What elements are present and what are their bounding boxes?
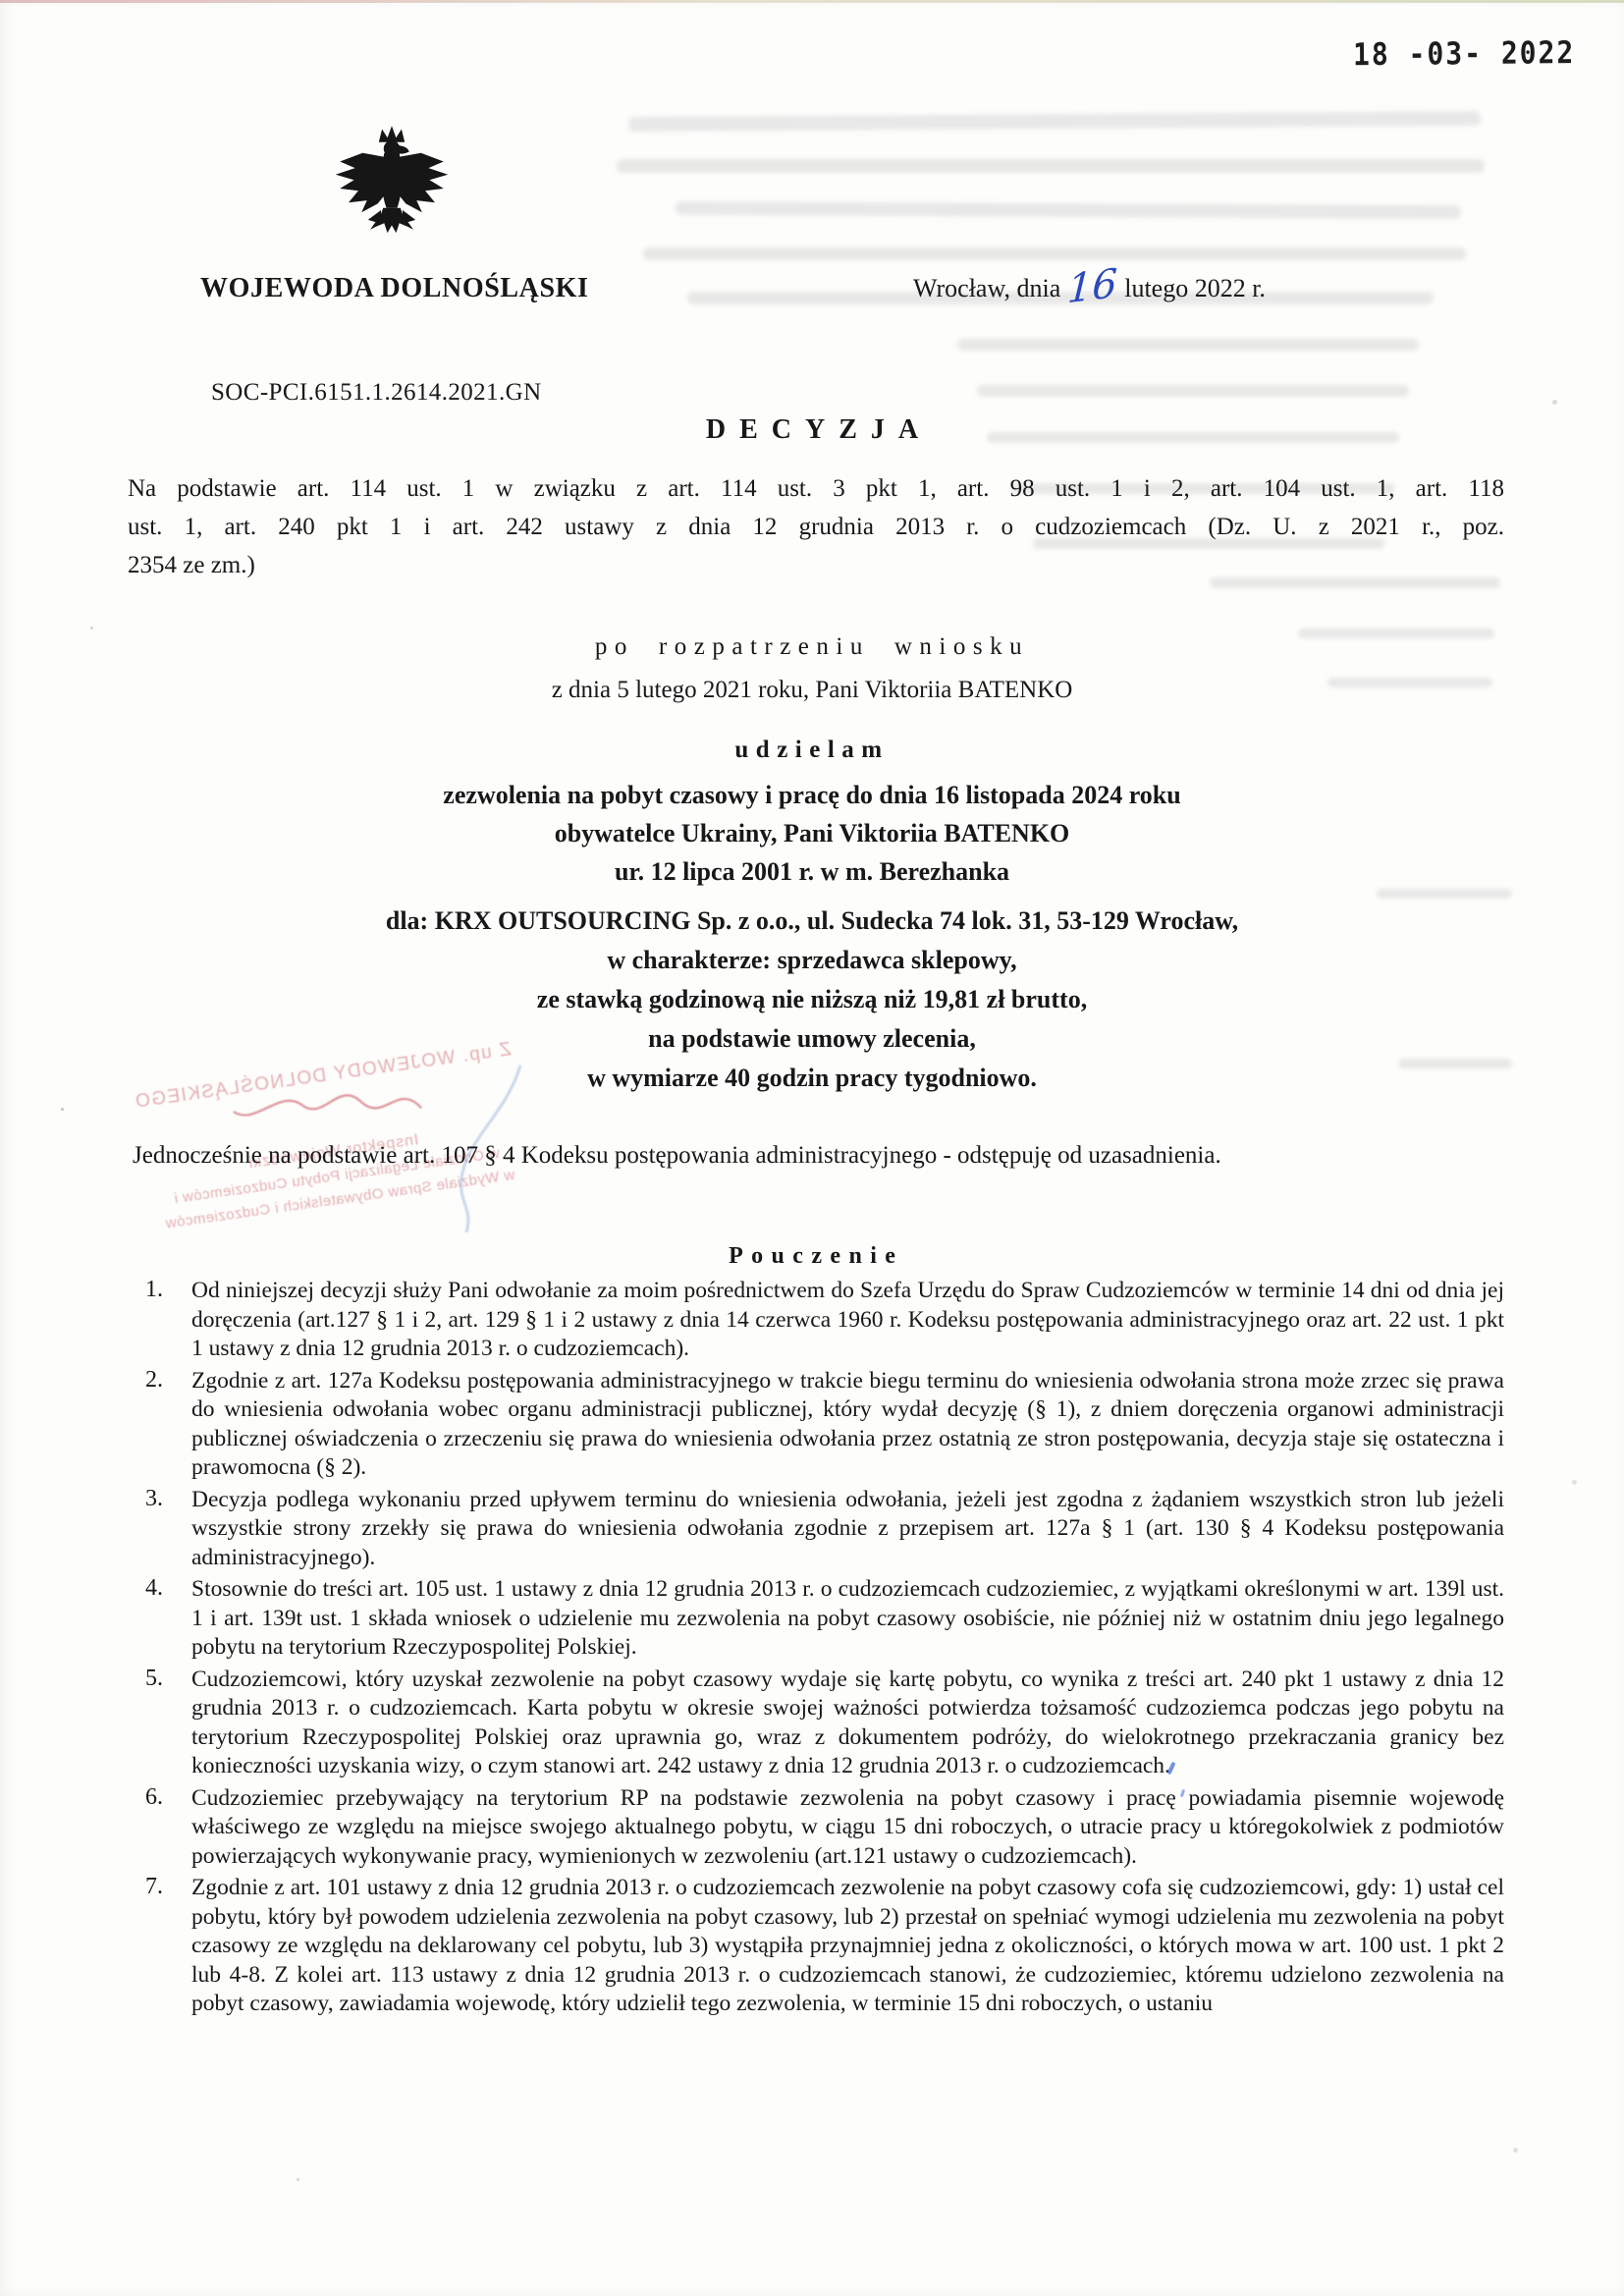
employer-block: dla: KRX OUTSOURCING Sp. z o.o., ul. Sud… <box>125 902 1499 1098</box>
instruction-number: 7. <box>145 1874 191 2019</box>
instruction-text: Cudzoziemcowi, który uzyskał zezwolenie … <box>191 1666 1504 1781</box>
instruction-text: Cudzoziemiec przebywający na terytorium … <box>191 1784 1504 1872</box>
bleedthrough-line <box>643 247 1466 260</box>
authority-name: WOJEWODA DOLNOŚLĄSKI <box>200 273 589 304</box>
received-date-stamp: 18 -03- 2022 <box>1353 34 1576 73</box>
legal-basis-line: ust. 1, art. 240 pkt 1 i art. 242 ustawy… <box>128 508 1504 546</box>
stamp-bleed-line: w Wydziale Spraw Obywatelskich i Cudzozi… <box>110 1159 569 1239</box>
waiver-line: Jednocześnie na podstawie art. 107 § 4 K… <box>133 1142 1507 1170</box>
bleedthrough-line <box>617 159 1485 173</box>
instruction-number: 1. <box>145 1277 191 1364</box>
grant-line: ur. 12 lipca 2001 r. w m. Berezhanka <box>125 852 1499 891</box>
place-date-line: Wrocław, dnia16lutego 2022 r. <box>913 271 1266 303</box>
place-date-prefix: Wrocław, dnia <box>913 274 1060 302</box>
polish-eagle-emblem-icon <box>327 112 457 265</box>
instruction-text: Zgodnie z art. 127a Kodeksu postępowania… <box>191 1367 1504 1483</box>
instruction-number: 4. <box>145 1575 191 1663</box>
instructions-list: 1. Od niniejszej decyzji służy Pani odwo… <box>145 1277 1504 2022</box>
grant-keyword: udzielam <box>125 737 1499 764</box>
legal-basis-line: 2354 ze zm.) <box>128 546 1504 584</box>
instruction-item: 4. Stosownie do treści art. 105 ust. 1 u… <box>145 1575 1504 1663</box>
instruction-number: 2. <box>145 1367 191 1483</box>
employer-line: dla: KRX OUTSOURCING Sp. z o.o., ul. Sud… <box>125 902 1499 941</box>
employer-line: w wymiarze 40 godzin pracy tygodniowo. <box>125 1059 1499 1098</box>
grant-line: zezwolenia na pobyt czasowy i pracę do d… <box>125 776 1499 814</box>
instruction-item: 7. Zgodnie z art. 101 ustawy z dnia 12 g… <box>145 1874 1504 2019</box>
legal-basis-line: Na podstawie art. 114 ust. 1 w związku z… <box>128 469 1504 508</box>
instruction-text: Zgodnie z art. 101 ustawy z dnia 12 grud… <box>191 1874 1504 2019</box>
legal-basis-paragraph: Na podstawie art. 114 ust. 1 w związku z… <box>128 469 1504 584</box>
bleedthrough-line <box>676 201 1461 219</box>
employer-line: ze stawką godzinową nie niższą niż 19,81… <box>125 980 1499 1019</box>
after-review-line: po rozpatrzeniu wniosku <box>125 633 1499 661</box>
grant-block: zezwolenia na pobyt czasowy i pracę do d… <box>125 776 1499 891</box>
scan-speckles <box>61 1108 64 1111</box>
scanned-decision-page: 18 -03- 2022 WOJ <box>0 0 1624 2296</box>
handwritten-day: 16 <box>1067 271 1118 303</box>
instruction-text: Decyzja podlega wykonaniu przed upływem … <box>191 1486 1504 1573</box>
employer-line: w charakterze: sprzedawca sklepowy, <box>125 941 1499 980</box>
instruction-number: 5. <box>145 1666 191 1781</box>
grant-line: obywatelce Ukrainy, Pani Viktoriia BATEN… <box>125 814 1499 852</box>
employer-line: na podstawie umowy zlecenia, <box>125 1019 1499 1059</box>
scan-edge-line <box>0 0 1624 3</box>
instruction-item: 6. Cudzoziemiec przebywający na terytori… <box>145 1784 1504 1872</box>
instructions-heading: Pouczenie <box>125 1243 1499 1270</box>
instruction-item: 1. Od niniejszej decyzji służy Pani odwo… <box>145 1277 1504 1364</box>
instruction-text: Stosownie do treści art. 105 ust. 1 usta… <box>191 1575 1504 1663</box>
instruction-item: 5. Cudzoziemcowi, który uzyskał zezwolen… <box>145 1666 1504 1781</box>
instruction-number: 3. <box>145 1486 191 1573</box>
instruction-item: 2. Zgodnie z art. 127a Kodeksu postępowa… <box>145 1367 1504 1483</box>
bleedthrough-line <box>957 339 1419 351</box>
bleedthrough-line <box>977 385 1409 397</box>
decision-title: DECYZJA <box>125 414 1499 446</box>
place-date-suffix: lutego 2022 r. <box>1124 274 1266 302</box>
bleedthrough-line <box>628 111 1481 132</box>
instruction-item: 3. Decyzja podlega wykonaniu przed upływ… <box>145 1486 1504 1573</box>
instruction-text: Od niniejszej decyzji służy Pani odwołan… <box>191 1277 1504 1364</box>
applicant-line: z dnia 5 lutego 2021 roku, Pani Viktorii… <box>125 677 1499 704</box>
case-number: SOC-PCI.6151.1.2614.2021.GN <box>211 379 542 407</box>
instruction-number: 6. <box>145 1784 191 1872</box>
